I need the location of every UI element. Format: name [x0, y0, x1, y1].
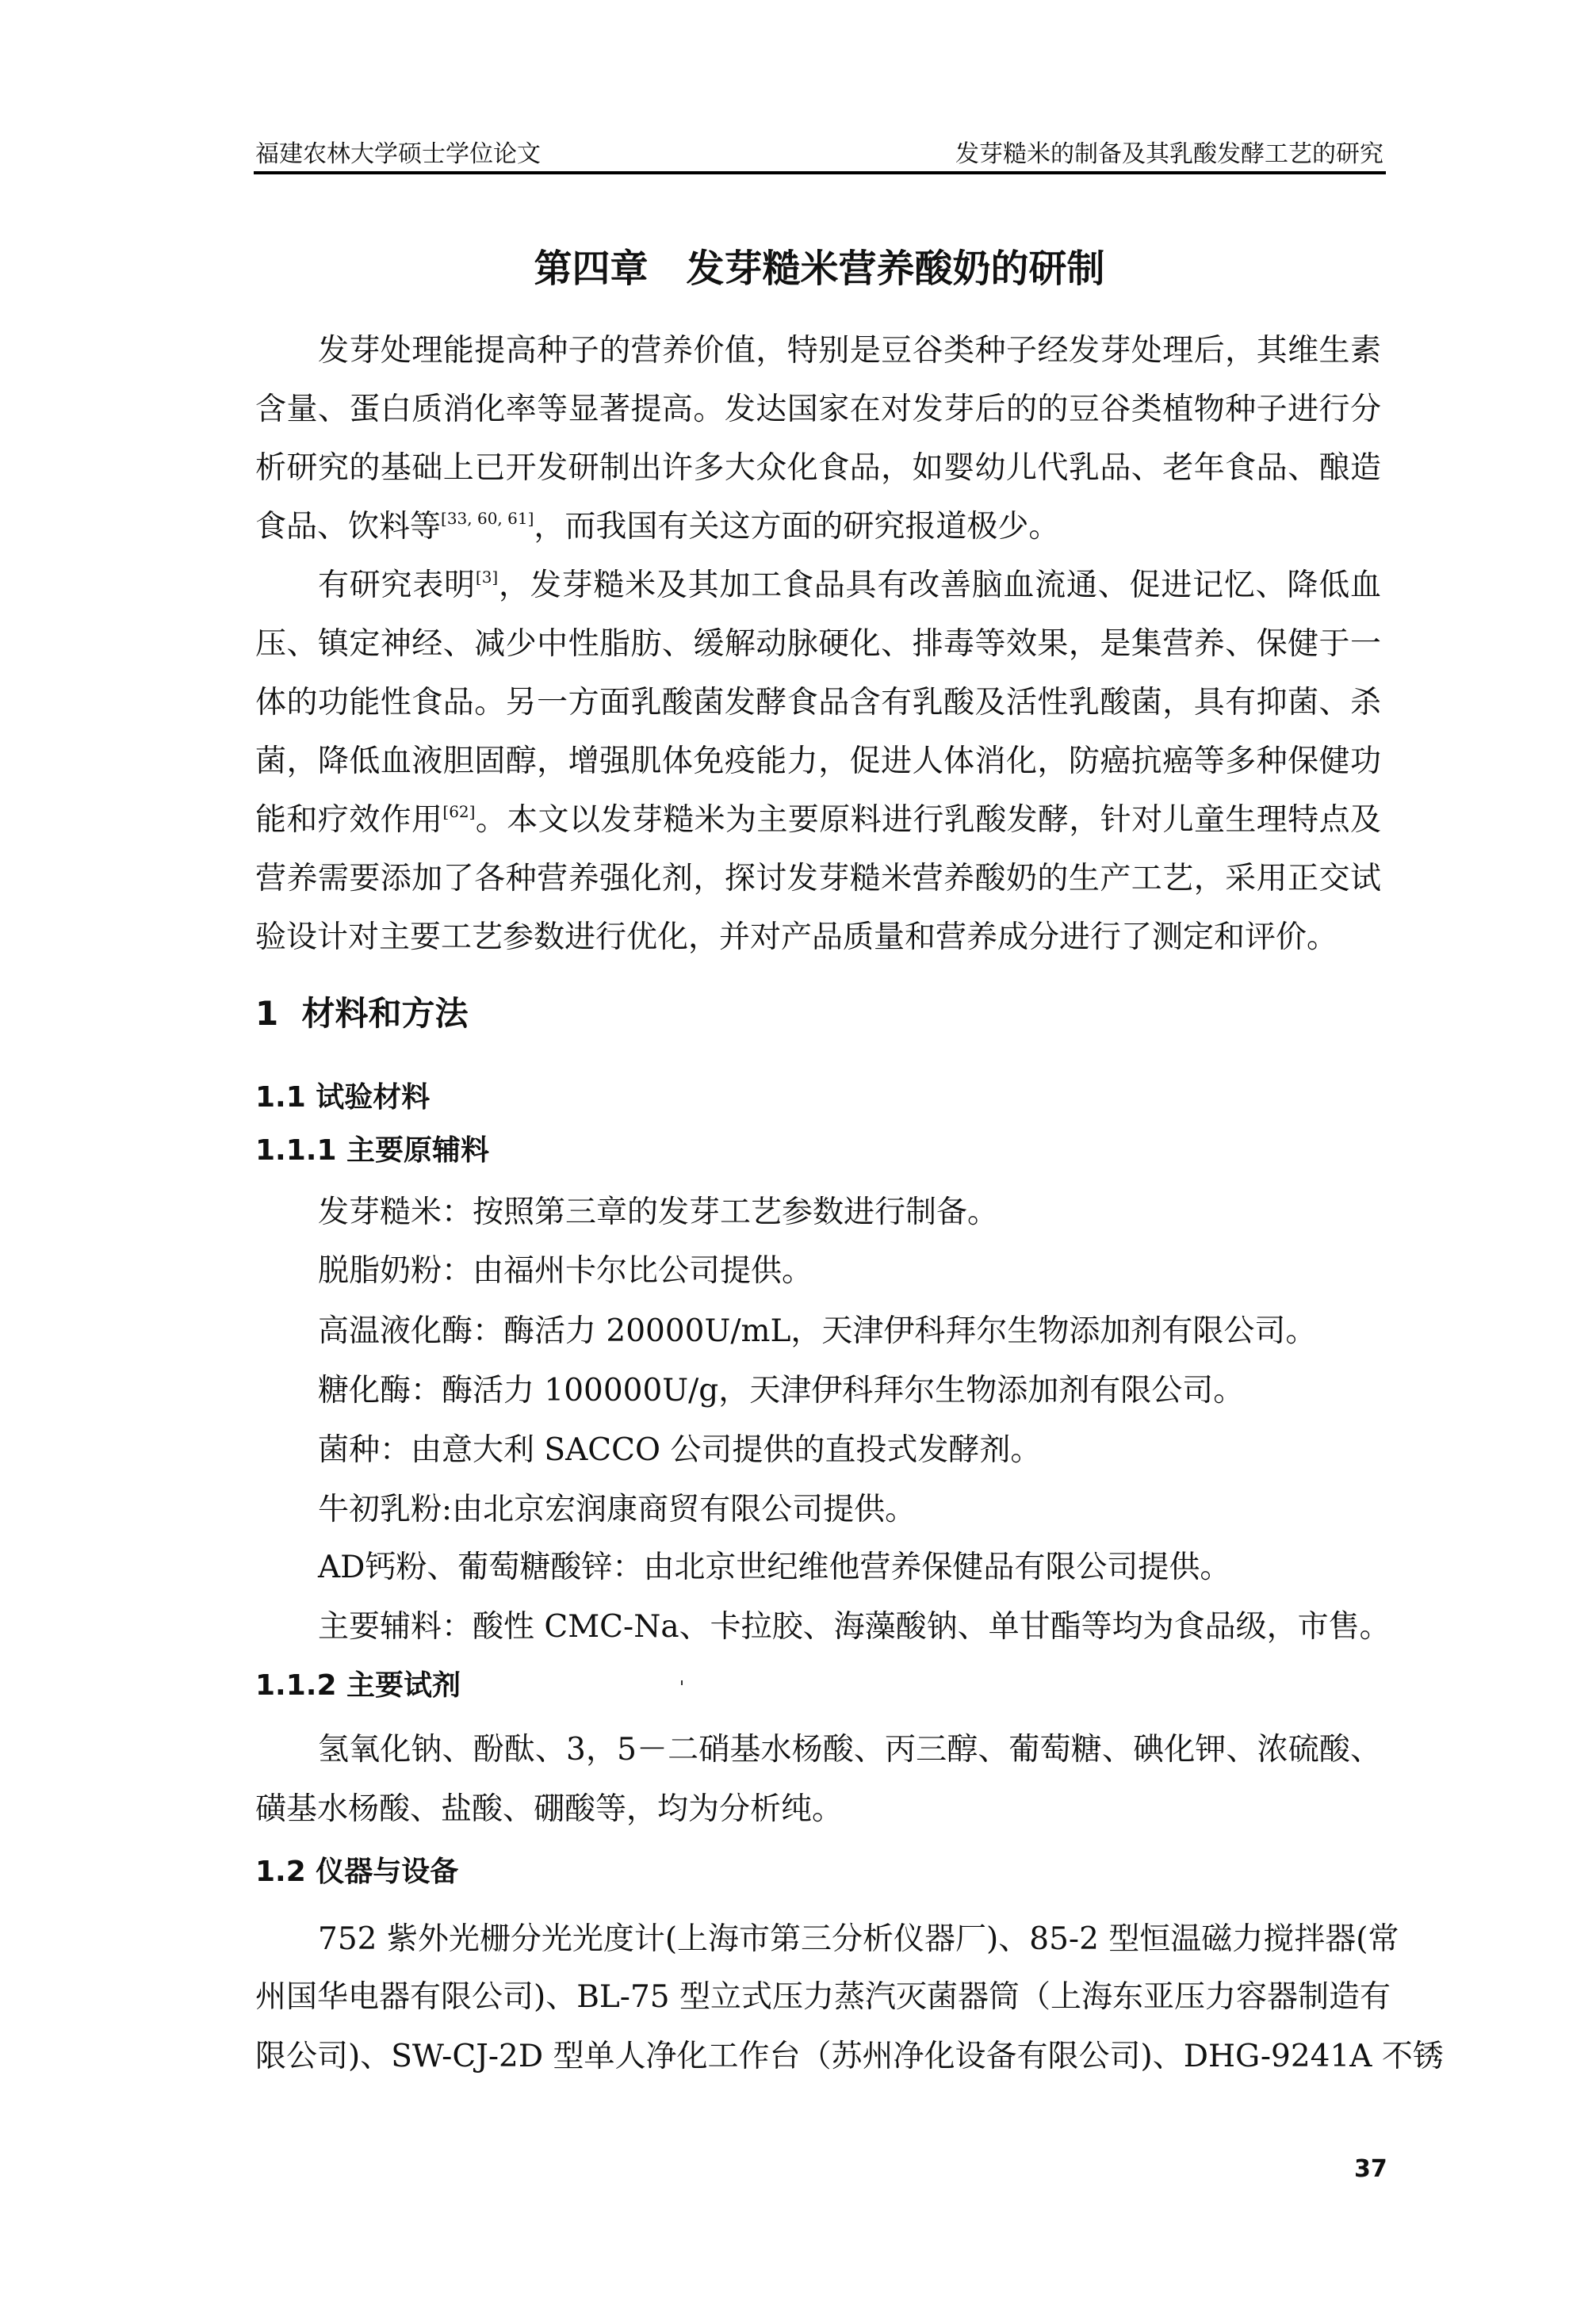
section-heading-1: 1 材料和方法 [255, 994, 468, 1034]
paragraph-2-line-5: 能和疗效作用[62]。本文以发芽糙米为主要原料进行乳酸发酵，针对儿童生理特点及 [255, 802, 1381, 839]
citation-superscript: [3] [476, 568, 498, 587]
material-item: 脱脂奶粉：由福州卡尔比公司提供。 [318, 1253, 1381, 1290]
line-text: 有研究表明 [318, 568, 476, 603]
equipment-line-2: 州国华电器有限公司)、BL-75 型立式压力蒸汽灭菌器筒（上海东亚压力容器制造有 [255, 1979, 1381, 2016]
citation-superscript: [62] [442, 802, 475, 821]
section-heading-1-2: 1.2 仪器与设备 [255, 1855, 458, 1890]
reagents-line-2: 磺基水杨酸、盐酸、硼酸等，均为分析纯。 [255, 1791, 1381, 1828]
section-heading-1-1-2: 1.1.2 主要试剂 [255, 1668, 461, 1703]
line-text: 。本文以发芽糙米为主要原料进行乳酸发酵，针对儿童生理特点及 [475, 802, 1381, 838]
material-item: 高温液化酶：酶活力 20000U/mL，天津伊科拜尔生物添加剂有限公司。 [318, 1313, 1381, 1350]
page-number: 37 [1354, 2156, 1387, 2183]
citation-superscript: [33, 60, 61] [441, 509, 534, 528]
equipment-line-3: 限公司)、SW-CJ-2D 型单人净化工作台（苏州净化设备有限公司)、DHG-9… [255, 2039, 1381, 2075]
paragraph-2-line-4: 菌，降低血液胆固醇，增强肌体免疫能力，促进人体消化，防癌抗癌等多种保健功 [255, 743, 1381, 780]
chapter-title: 第四章 发芽糙米营养酸奶的研制 [255, 247, 1383, 290]
paragraph-1-line-3: 析研究的基础上已开发研制出许多大众化食品，如婴幼儿代乳品、老年食品、酿造 [255, 450, 1381, 487]
section-heading-1-1-1: 1.1.1 主要原辅料 [255, 1133, 489, 1168]
header-rule [254, 171, 1386, 174]
line-text: 能和疗效作用 [255, 802, 442, 838]
thesis-page: 福建农林大学硕士学位论文 发芽糙米的制备及其乳酸发酵工艺的研究 第四章 发芽糙米… [0, 0, 1592, 2324]
running-header-left: 福建农林大学硕士学位论文 [255, 140, 541, 170]
material-item: 主要辅料：酸性 CMC-Na、卡拉胶、海藻酸钠、单甘酯等均为食品级，市售。 [318, 1609, 1381, 1646]
material-item: 发芽糙米：按照第三章的发芽工艺参数进行制备。 [318, 1194, 1381, 1231]
line-text: 食品、饮料等 [255, 509, 441, 545]
material-item: 菌种：由意大利 SACCO 公司提供的直投式发酵剂。 [318, 1432, 1381, 1469]
scan-speck [681, 1680, 683, 1685]
material-item: 牛初乳粉:由北京宏润康商贸有限公司提供。 [318, 1492, 1381, 1528]
paragraph-1-line-1: 发芽处理能提高种子的营养价值，特别是豆谷类种子经发芽处理后，其维生素 [318, 333, 1381, 369]
material-item: 糖化酶：酶活力 100000U/g，天津伊科拜尔生物添加剂有限公司。 [318, 1373, 1381, 1409]
line-text: ，发芽糙米及其加工食品具有改善脑血流通、促进记忆、降低血 [498, 568, 1381, 603]
paragraph-2-line-2: 压、镇定神经、减少中性脂肪、缓解动脉硬化、排毒等效果，是集营养、保健于一 [255, 626, 1381, 663]
material-item: AD钙粉、葡萄糖酸锌：由北京世纪维他营养保健品有限公司提供。 [318, 1550, 1381, 1586]
paragraph-1-line-4: 食品、饮料等[33, 60, 61]，而我国有关这方面的研究报道极少。 [255, 509, 1381, 545]
paragraph-2-line-1: 有研究表明[3]，发芽糙米及其加工食品具有改善脑血流通、促进记忆、降低血 [318, 568, 1381, 604]
paragraph-2-line-6: 营养需要添加了各种营养强化剂，探讨发芽糙米营养酸奶的生产工艺，采用正交试 [255, 861, 1381, 897]
running-header-right: 发芽糙米的制备及其乳酸发酵工艺的研究 [955, 140, 1383, 170]
paragraph-2-line-7: 验设计对主要工艺参数进行优化，并对产品质量和营养成分进行了测定和评价。 [255, 919, 1381, 956]
section-heading-1-1: 1.1 试验材料 [255, 1080, 430, 1115]
line-text: ，而我国有关这方面的研究报道极少。 [534, 509, 1059, 545]
equipment-line-1: 752 紫外光栅分光光度计(上海市第三分析仪器厂)、85-2 型恒温磁力搅拌器(… [318, 1921, 1381, 1958]
paragraph-1-line-2: 含量、蛋白质消化率等显著提高。发达国家在对发芽后的的豆谷类植物种子进行分 [255, 392, 1381, 428]
paragraph-2-line-3: 体的功能性食品。另一方面乳酸菌发酵食品含有乳酸及活性乳酸菌，具有抑菌、杀 [255, 685, 1381, 721]
reagents-line-1: 氢氧化钠、酚酞、3，5－二硝基水杨酸、丙三醇、葡萄糖、碘化钾、浓硫酸、 [318, 1732, 1381, 1768]
